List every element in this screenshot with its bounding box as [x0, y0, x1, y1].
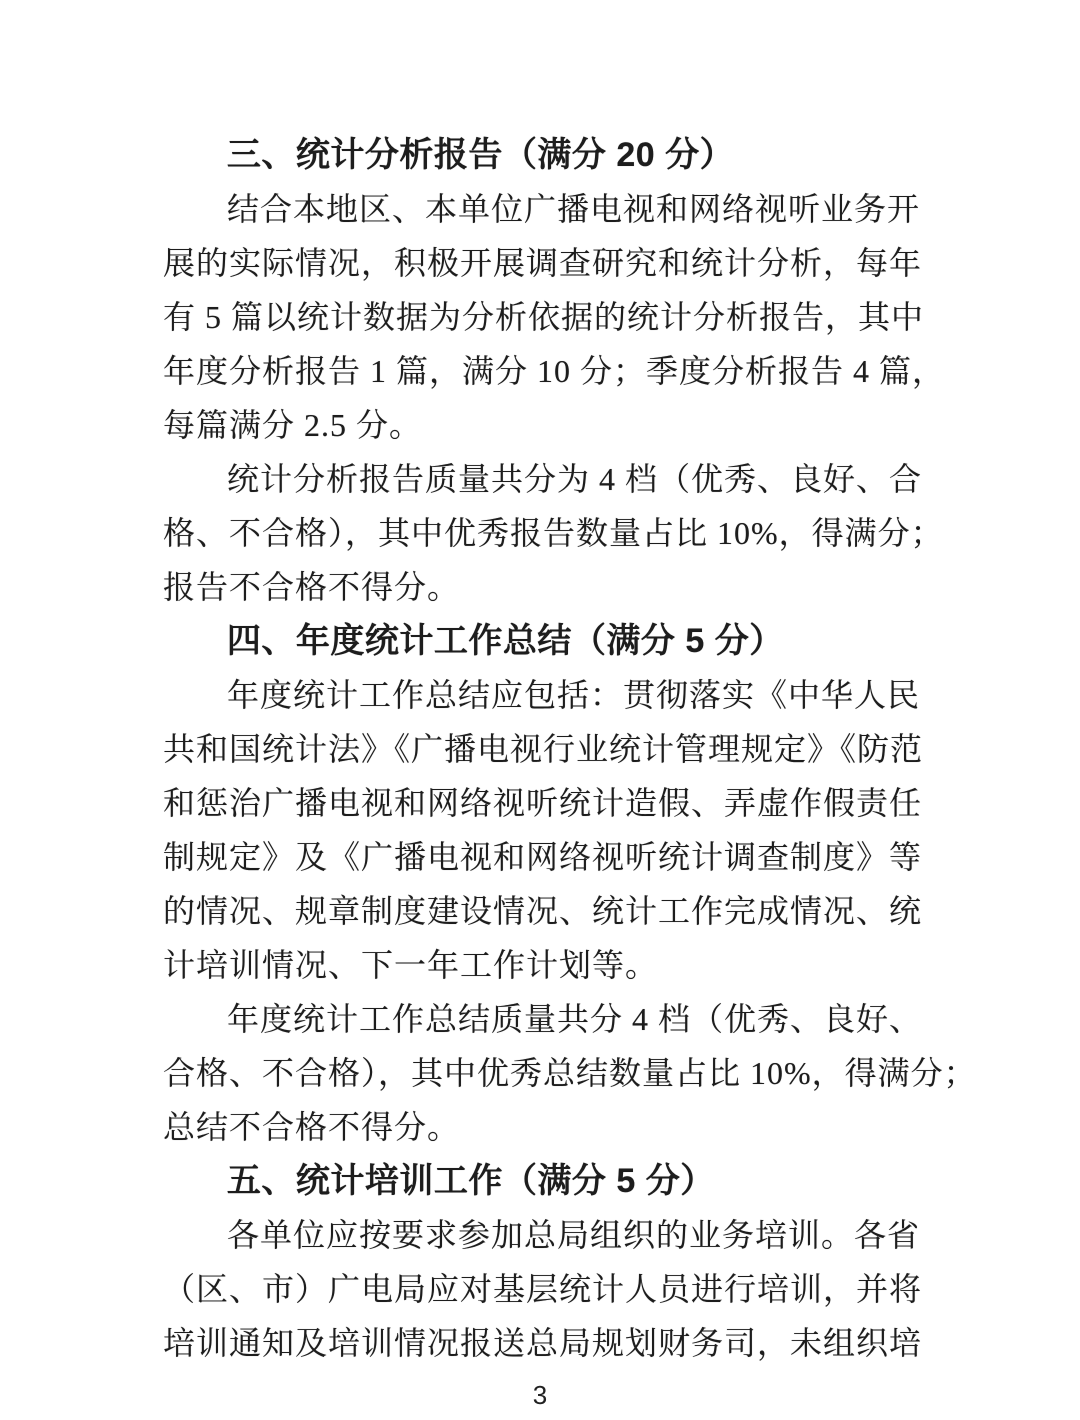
text-line: 报告不合格不得分。: [163, 560, 923, 614]
document-body: 三、统计分析报告（满分 20 分）结合本地区、本单位广播电视和网络视听业务开展的…: [163, 128, 923, 1370]
text-line: 总结不合格不得分。: [163, 1100, 923, 1154]
text-line: 培训通知及培训情况报送总局规划财务司，未组织培: [163, 1316, 923, 1370]
text-line: 每篇满分 2.5 分。: [163, 398, 923, 452]
text-line: 各单位应按要求参加总局组织的业务培训。各省: [163, 1208, 923, 1262]
text-line: 合格、不合格），其中优秀总结数量占比 10%，得满分；: [163, 1046, 923, 1100]
text-line: 年度分析报告 1 篇，满分 10 分；季度分析报告 4 篇，: [163, 344, 923, 398]
text-line: 格、不合格），其中优秀报告数量占比 10%，得满分；: [163, 506, 923, 560]
text-line: 年度统计工作总结质量共分 4 档（优秀、良好、: [163, 992, 923, 1046]
text-line: 和惩治广播电视和网络视听统计造假、弄虚作假责任: [163, 776, 923, 830]
text-line: 有 5 篇以统计数据为分析依据的统计分析报告，其中: [163, 290, 923, 344]
text-line: 结合本地区、本单位广播电视和网络视听业务开: [163, 182, 923, 236]
section-heading: 五、统计培训工作（满分 5 分）: [163, 1154, 923, 1208]
text-line: 统计分析报告质量共分为 4 档（优秀、良好、合: [163, 452, 923, 506]
text-line: 的情况、规章制度建设情况、统计工作完成情况、统: [163, 884, 923, 938]
text-line: 计培训情况、下一年工作计划等。: [163, 938, 923, 992]
page-number: 3: [0, 1378, 1080, 1412]
text-line: （区、市）广电局应对基层统计人员进行培训，并将: [163, 1262, 923, 1316]
section-heading: 三、统计分析报告（满分 20 分）: [163, 128, 923, 182]
section-heading: 四、年度统计工作总结（满分 5 分）: [163, 614, 923, 668]
text-line: 共和国统计法》《广播电视行业统计管理规定》《防范: [163, 722, 923, 776]
text-line: 年度统计工作总结应包括：贯彻落实《中华人民: [163, 668, 923, 722]
document-page: 三、统计分析报告（满分 20 分）结合本地区、本单位广播电视和网络视听业务开展的…: [0, 0, 1080, 1420]
text-line: 制规定》及《广播电视和网络视听统计调查制度》等: [163, 830, 923, 884]
text-line: 展的实际情况，积极开展调查研究和统计分析，每年: [163, 236, 923, 290]
